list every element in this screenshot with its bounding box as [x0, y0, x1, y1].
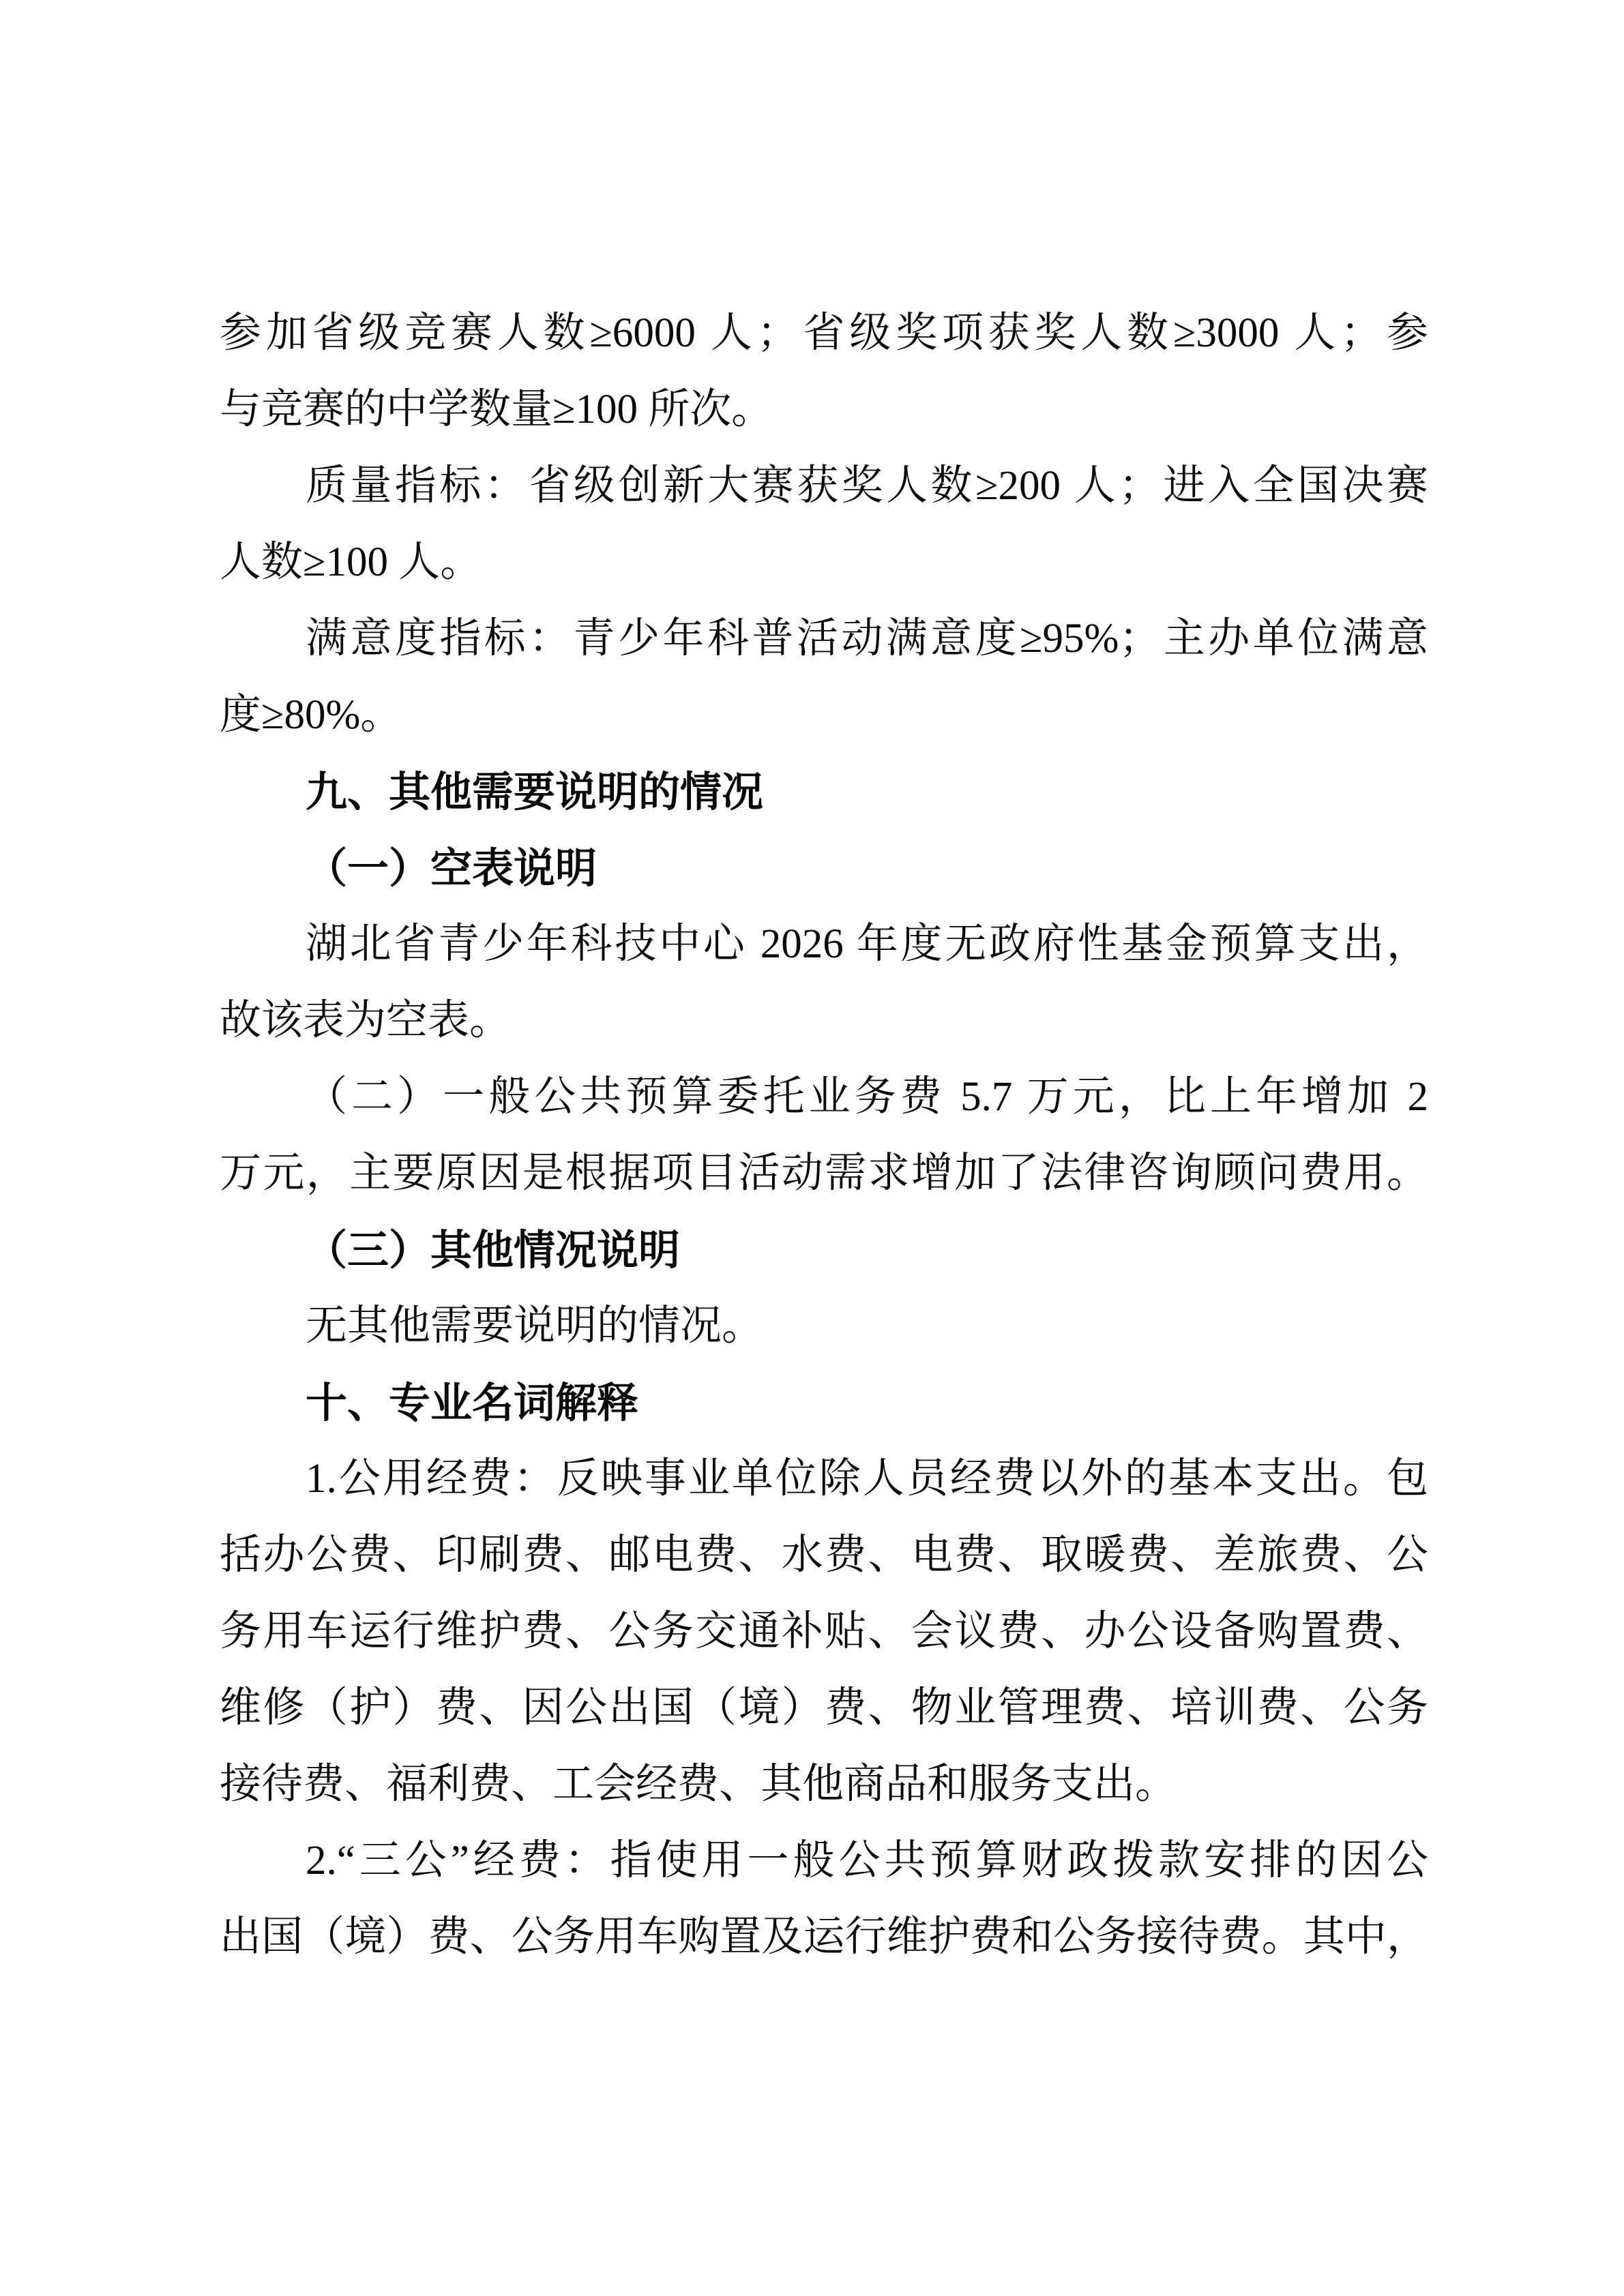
paragraph-line: 1.公用经费：反映事业单位除人员经费以外的基本支出。包 — [220, 1441, 1428, 1517]
paragraph-line: 满意度指标：青少年科普活动满意度≥95%；主办单位满意 — [220, 601, 1428, 677]
paragraph-line: 接待费、福利费、工会经费、其他商品和服务支出。 — [220, 1746, 1428, 1823]
heading-section-ten: 十、专业名词解释 — [220, 1365, 1428, 1441]
paragraph-line: 维修（护）费、因公出国（境）费、物业管理费、培训费、公务 — [220, 1670, 1428, 1746]
paragraph-line: （二）一般公共预算委托业务费 5.7 万元，比上年增加 2 — [220, 1059, 1428, 1135]
paragraph-line: 与竞赛的中学数量≥100 所次。 — [220, 372, 1428, 448]
paragraph-line: 质量指标：省级创新大赛获奖人数≥200 人；进入全国决赛 — [220, 448, 1428, 524]
heading-subsection-three: （三）其他情况说明 — [220, 1212, 1428, 1288]
paragraph-line: 人数≥100 人。 — [220, 524, 1428, 601]
document-page: 参加省级竞赛人数≥6000 人；省级奖项获奖人数≥3000 人；参 与竞赛的中学… — [0, 0, 1624, 2296]
heading-subsection-one: （一）空表说明 — [220, 830, 1428, 906]
paragraph-line: 万元，主要原因是根据项目活动需求增加了法律咨询顾问费用。 — [220, 1135, 1428, 1212]
paragraph-line: 无其他需要说明的情况。 — [220, 1288, 1428, 1365]
paragraph-line: 故该表为空表。 — [220, 983, 1428, 1059]
paragraph-line: 湖北省青少年科技中心 2026 年度无政府性基金预算支出， — [220, 906, 1428, 983]
paragraph-line: 度≥80%。 — [220, 677, 1428, 754]
paragraph-line: 出国（境）费、公务用车购置及运行维护费和公务接待费。其中， — [220, 1899, 1428, 1976]
paragraph-line: 参加省级竞赛人数≥6000 人；省级奖项获奖人数≥3000 人；参 — [220, 295, 1428, 372]
heading-section-nine: 九、其他需要说明的情况 — [220, 754, 1428, 830]
paragraph-line: 2.“三公”经费：指使用一般公共预算财政拨款安排的因公 — [220, 1823, 1428, 1899]
paragraph-line: 括办公费、印刷费、邮电费、水费、电费、取暖费、差旅费、公 — [220, 1517, 1428, 1594]
paragraph-line: 务用车运行维护费、公务交通补贴、会议费、办公设备购置费、 — [220, 1594, 1428, 1670]
document-text: 参加省级竞赛人数≥6000 人；省级奖项获奖人数≥3000 人；参 与竞赛的中学… — [220, 295, 1428, 1976]
